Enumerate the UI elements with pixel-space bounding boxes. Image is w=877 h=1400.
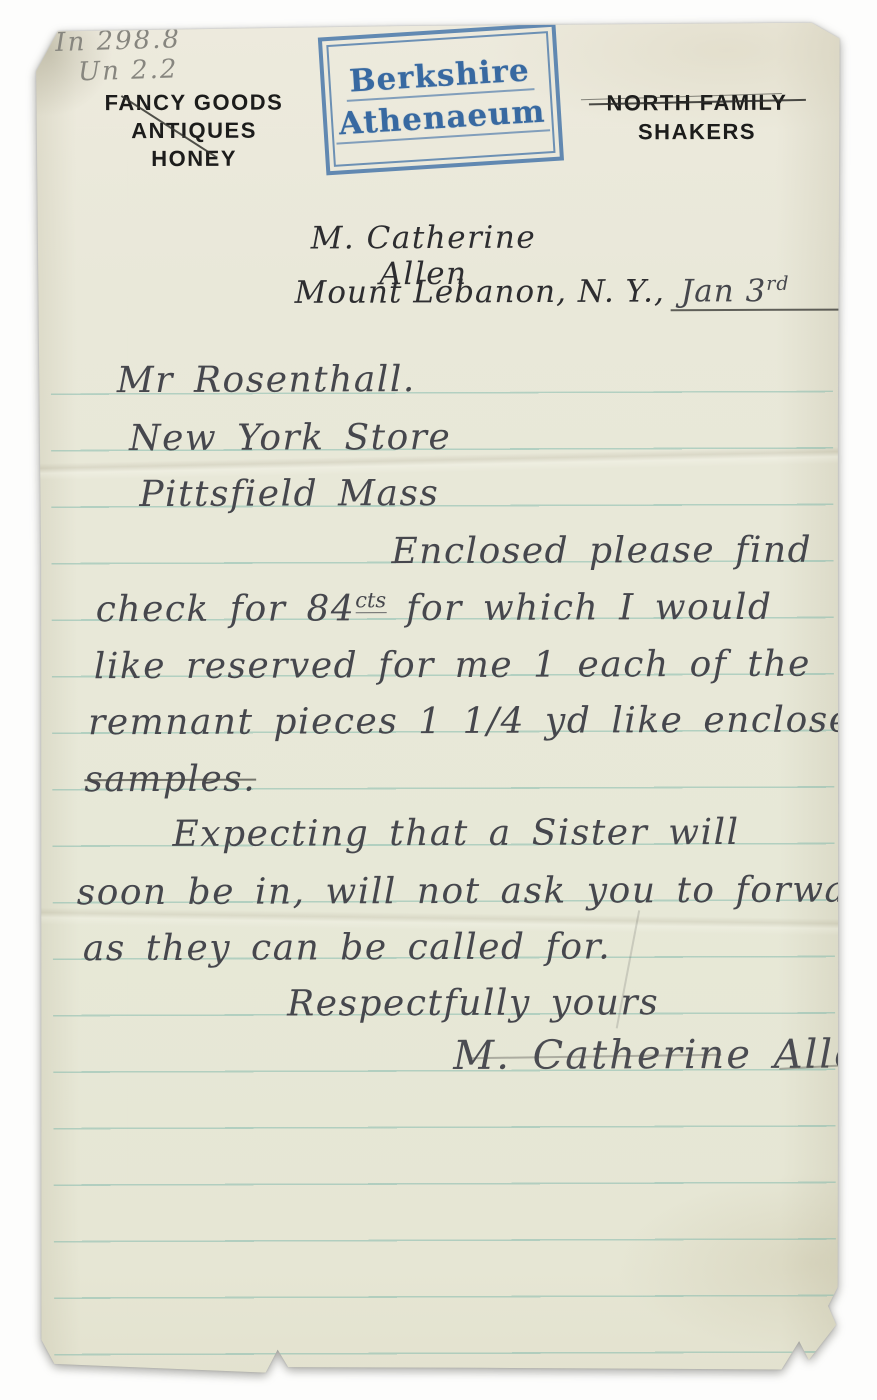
paper-sheet: In 298.8 Un 2.2 FANCY GOODS ANTIQUES HON… (34, 23, 845, 1374)
cents-superscript: cts (355, 588, 386, 613)
catalog-line-2: Un 2.2 (78, 55, 183, 88)
body-line-2-suffix: for which I would (386, 587, 772, 629)
letterhead-dateline: Mount Lebanon, N. Y.,Jan 3rd1919 (295, 272, 877, 313)
body-line-5-struck: samples. (84, 760, 256, 800)
scanned-letter-background: In 298.8 Un 2.2 FANCY GOODS ANTIQUES HON… (0, 0, 877, 1400)
stamp-word-berkshire: Berkshire (344, 55, 534, 102)
paper-sheet-wrap: In 298.8 Un 2.2 FANCY GOODS ANTIQUES HON… (36, 24, 842, 1372)
letterhead-shakers: SHAKERS (586, 117, 808, 146)
date-year: 1919 (857, 273, 877, 309)
date-day: Jan 3 (681, 273, 767, 309)
closing-line: Respectfully yours (287, 983, 659, 1024)
letterhead-north-family: NORTH FAMILY (606, 89, 787, 118)
recipient-line-3: Pittsfield Mass (139, 474, 439, 515)
letterhead-honey: HONEY (78, 145, 310, 174)
letterhead-left-block: FANCY GOODS ANTIQUES HONEY (78, 88, 310, 173)
date-year-prefix: 19 (857, 273, 877, 309)
date-ordinal: rd (766, 273, 789, 295)
body-line-8: as they can be called for. (83, 927, 611, 968)
letterhead-place: Mount Lebanon, N. Y., (295, 274, 665, 311)
body-line-6: Expecting that a Sister will (172, 813, 739, 855)
body-line-3: like reserved for me 1 each of the (94, 645, 811, 687)
body-line-7: soon be in, will not ask you to forward (77, 870, 877, 912)
catalog-annotation: In 298.8 Un 2.2 (55, 25, 182, 88)
body-line-2: check for 84cts for which I would (96, 588, 773, 630)
body-line-2-prefix: check for 84 (96, 588, 356, 630)
recipient-line-2: New York Store (129, 418, 451, 459)
body-line-1: Enclosed please find (391, 531, 812, 572)
berkshire-athenaeum-stamp: Berkshire Athenaeum (318, 23, 564, 176)
stamp-inner-border: Berkshire Athenaeum (326, 31, 555, 167)
handwritten-date: Jan 3rd (671, 273, 849, 312)
body-line-4: remnant pieces 1 1/4 yd like enclosed (88, 700, 876, 742)
letterhead-fancy-goods: FANCY GOODS (78, 88, 310, 117)
letterhead-right-block: NORTH FAMILY SHAKERS (586, 89, 808, 147)
recipient-line-1: Mr Rosenthall. (117, 360, 416, 401)
stamp-word-athenaeum: Athenaeum (334, 95, 551, 144)
